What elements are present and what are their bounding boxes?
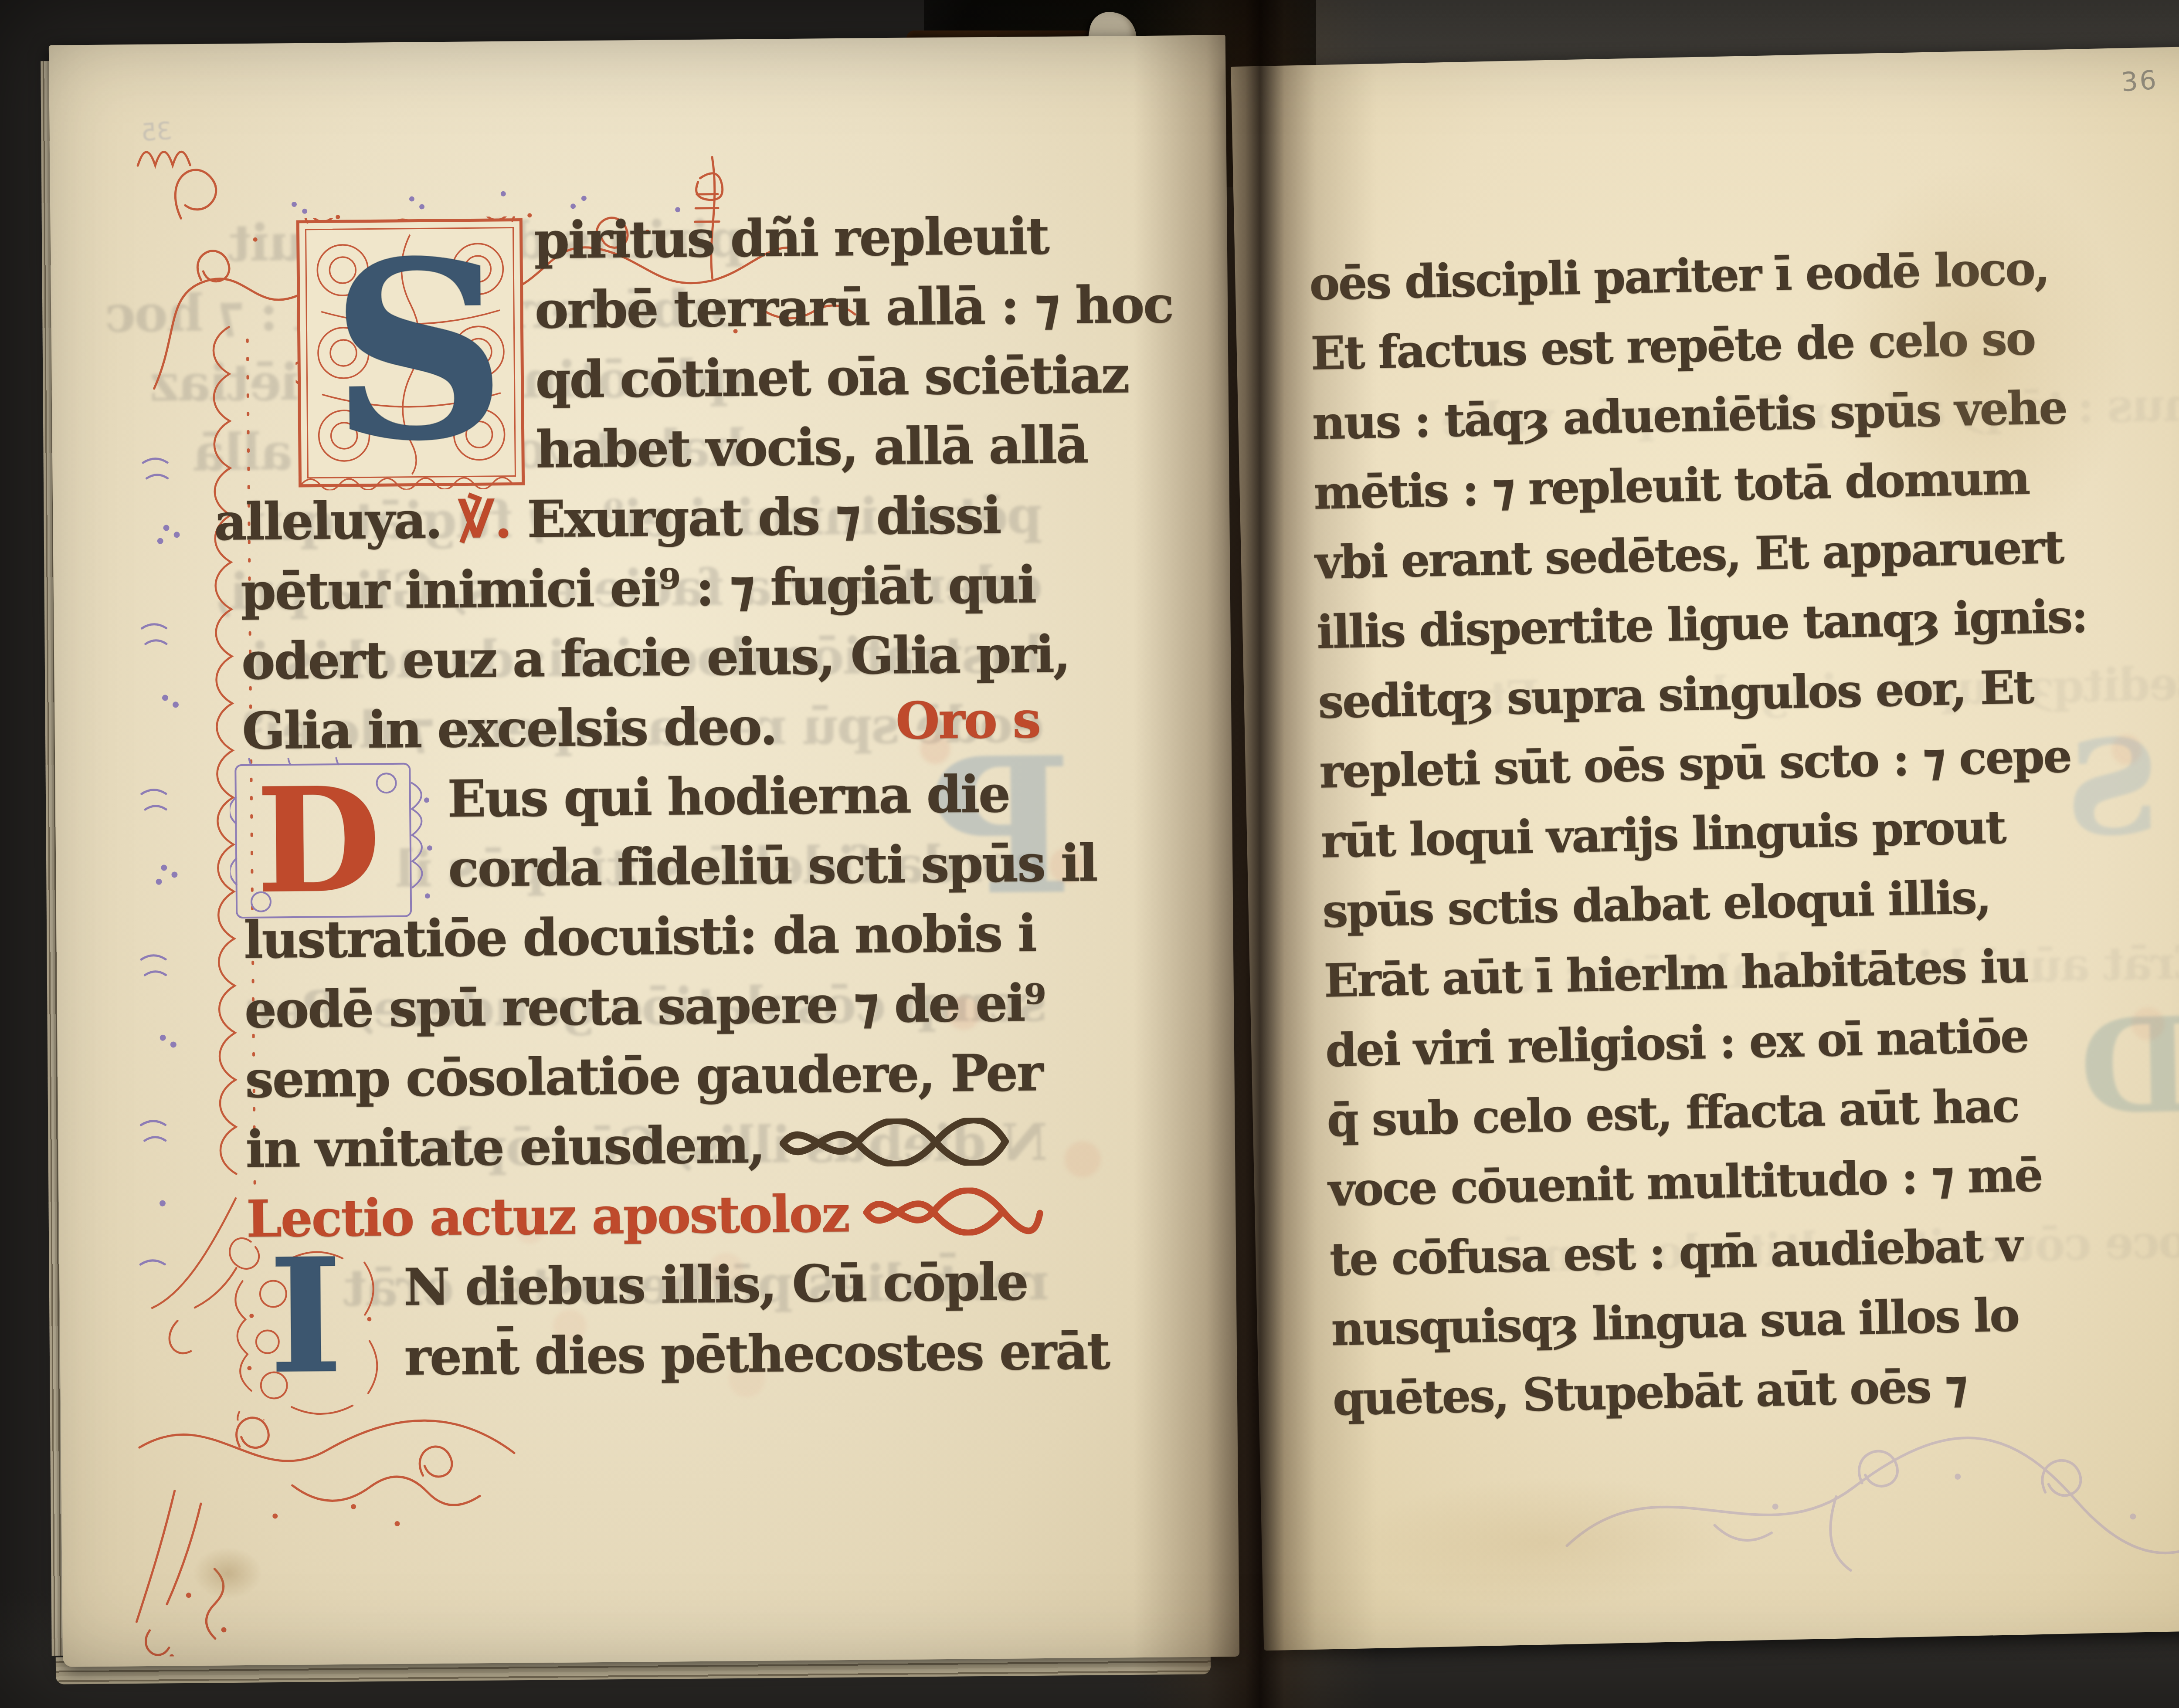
text-line: orbē terrarū allā : ⁊ hoc: [535, 275, 1173, 340]
text-line: Et factus est repēte de celo so: [1310, 312, 2035, 380]
text-line: voce cōuenit multitudo : ⁊ mē: [1328, 1148, 2043, 1217]
text-line: te cōfusa est : qm̄ audiebat v: [1329, 1218, 2022, 1286]
text-line: spūs sctis dabat eloqui illis,: [1322, 870, 1991, 938]
text-line: habet vocis, allā allā: [536, 415, 1087, 479]
text-line: mētis : ⁊ repleuit totā domum: [1313, 451, 2029, 519]
text-line: vbi erant sedētes, Et apparuert: [1315, 520, 2064, 589]
verse-mark: ℣.: [458, 490, 511, 550]
text-line: lustratiōe docuisti: da nobis i: [244, 904, 1036, 970]
text-line: rūt loqui varijs linguis prout: [1320, 800, 2006, 868]
text-line: qd cōtinet oīa sciētiaz: [535, 345, 1129, 410]
showthrough-initial-ghost: D: [2078, 988, 2179, 1144]
purple-showthrough-flourish-icon: [1529, 1366, 2179, 1590]
text-line: eodē spū recta sapere ⁊ de ei⁹: [244, 973, 1045, 1040]
text-line: corda fideliū scti spūs il: [448, 834, 1097, 898]
text-line: seditqȝ supra singulos eor, Et: [1317, 660, 2033, 729]
illuminated-initial-s: S: [329, 229, 508, 474]
illuminated-initial-i: I: [268, 1237, 343, 1395]
text-line: oēs discipli pariter ī eodē loco,: [1309, 241, 2049, 311]
rubric-line-lectio: Lectio actuz apostoloz: [246, 1183, 1045, 1249]
folio-number-showthrough: 35: [140, 116, 173, 147]
folio-number: 36: [2120, 65, 2159, 98]
text-line-with-verse-mark: alleluya. ℣. Exurgat ds ⁊ dissi: [214, 486, 1001, 552]
text-line: pētur inimici ei⁹ : ⁊ fugiāt qui: [241, 555, 1035, 621]
manuscript-photo: piritus dñi repleuit orbē terrarū allā :…: [0, 0, 2179, 1708]
text-line: q̄ sub celo est, ffacta aūt hac: [1327, 1079, 2019, 1147]
text-line: illis dispertite ligue tanqȝ ignis:: [1316, 589, 2087, 659]
text-line: Eus qui hodierna die: [447, 765, 1009, 829]
text-line: nus : tāqȝ adueniētis spūs vehe: [1312, 380, 2067, 450]
text-line: N diebus illis, Cū cōple: [404, 1252, 1028, 1317]
right-page: nus : tāqȝ adueniētis spūs vehe seditqȝ …: [1231, 45, 2179, 1651]
left-page: piritus dñi repleuit orbē terrarū allā :…: [49, 35, 1239, 1667]
knotwork-line-filler-icon: [776, 1118, 1012, 1168]
text-line: rent̄ dies pēthecostes erāt: [404, 1322, 1110, 1387]
text-line-with-knot: in vnitate eiusdem,: [245, 1113, 1012, 1179]
showthrough-initial-ghost: S: [2064, 710, 2162, 865]
text-line: nusquisqȝ lingua sua illos lo: [1331, 1288, 2019, 1356]
oratio-rubric-mark: Oro s: [896, 690, 1040, 751]
text-line: semp cōsolatiōe gaudere, Per: [245, 1043, 1042, 1109]
text-line-with-oratio-mark: Glia in excelsis deo. Oro s: [242, 697, 777, 761]
text-line: piritus dñi repleuit: [534, 207, 1049, 270]
text-line: repleti sūt oēs spū scto : ⁊ cepe: [1319, 729, 2071, 798]
text-line: dei viri religiosi : ex oī natiōe: [1325, 1009, 2028, 1077]
text-line: Erāt aūt ī hierlm habitātes iu: [1324, 939, 2028, 1007]
illuminated-initial-d: D: [255, 768, 381, 912]
red-penwork-bottom-spray-icon: [109, 1381, 773, 1657]
text-line: odert euz a facie eius, Glia pri,: [241, 624, 1070, 691]
rubric-knotwork-filler-icon: [861, 1187, 1044, 1237]
